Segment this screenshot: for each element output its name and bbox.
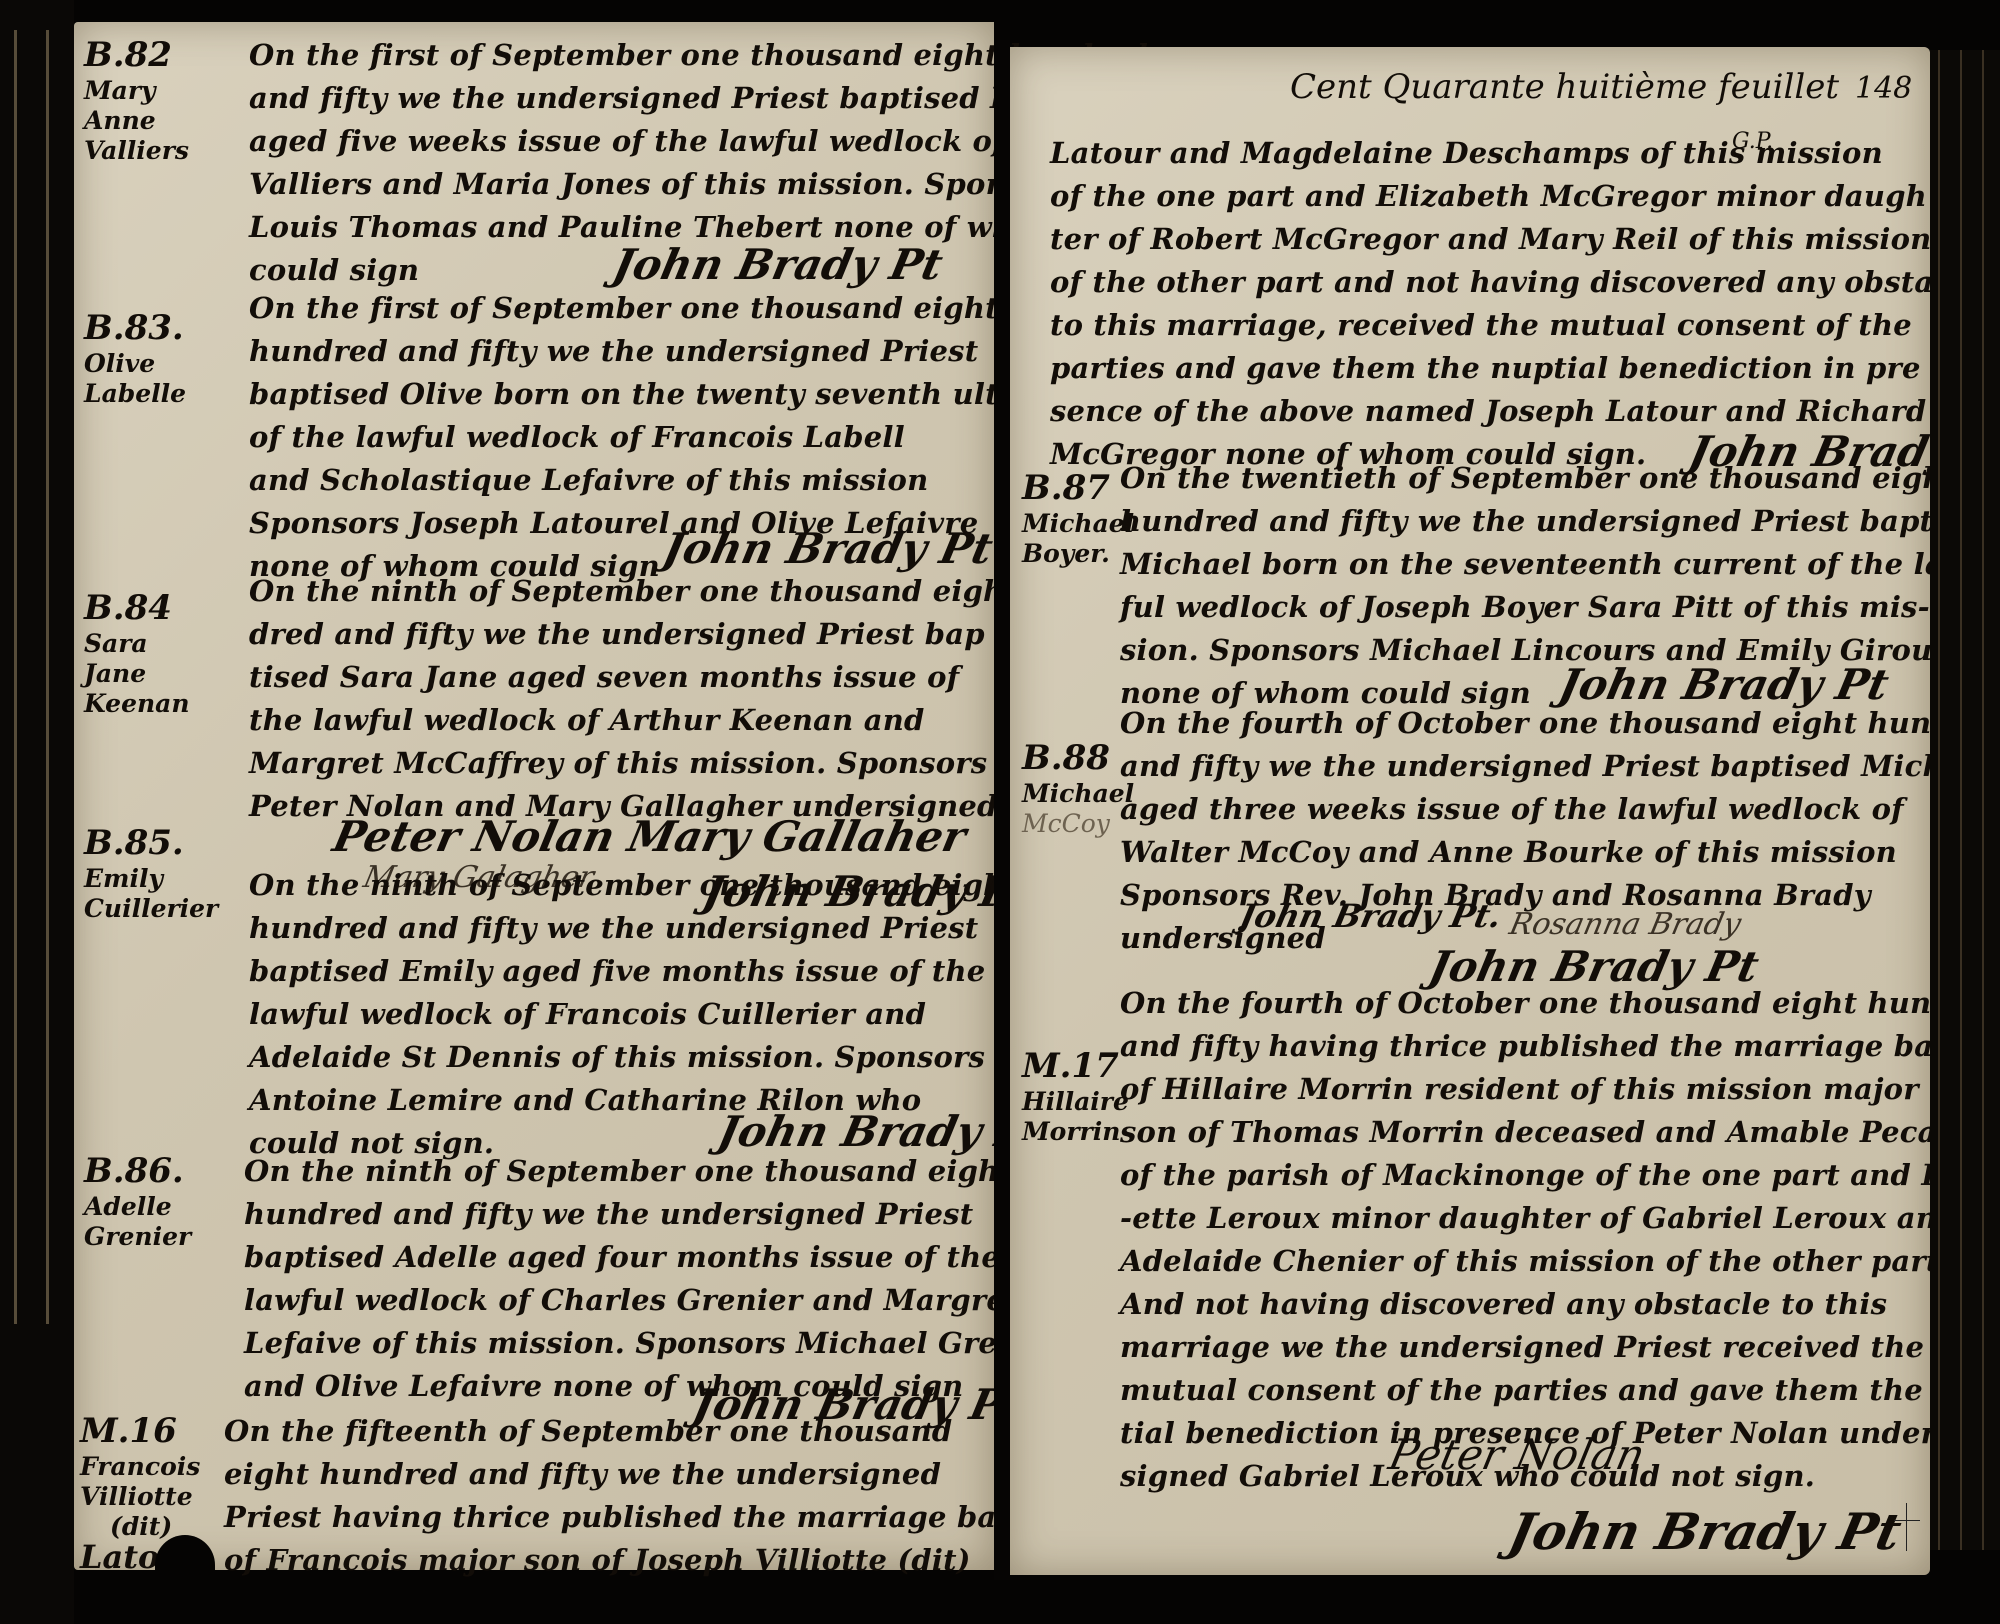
entry-line: On the first of September one thousand e… <box>249 287 999 330</box>
entry-line: tised Sara Jane aged seven months issue … <box>249 656 1092 699</box>
binding-edge-line <box>46 30 49 1324</box>
entry-line: Adelaide Chenier of this mission of the … <box>1120 1240 2000 1283</box>
folio-header: Cent Quarante huitième feuillet <box>1290 67 1839 107</box>
entry-line: hundred and fifty we the undersigned Pri… <box>249 907 1018 950</box>
right-page: Cent Quarante huitième feuillet 148 G.P.… <box>1010 47 1930 1575</box>
sponsor-signature: Rosanna Brady <box>1506 907 1744 942</box>
entry-line: Walter McCoy and Anne Bourke of this mis… <box>1120 831 2000 874</box>
entry-line: Adelaide St Dennis of this mission. Spon… <box>249 1036 1018 1079</box>
margin-entry-b82: B.82 Mary Anne Valliers <box>84 34 209 166</box>
entry-line: Latour and Magdelaine Deschamps of this … <box>1050 132 1981 175</box>
entry-line: On the fourth of October one thousand ei… <box>1120 702 2000 745</box>
left-page: B.82 Mary Anne Valliers On the first of … <box>74 22 994 1570</box>
pencil-mark <box>1906 1503 1907 1551</box>
entry-line: aged three weeks issue of the lawful wed… <box>1120 788 2000 831</box>
entry-line: hundred and fifty we the undersigned Pri… <box>244 1193 1064 1236</box>
entry-name: Olive <box>84 349 209 379</box>
priest-signature: John Brady Pt <box>659 524 997 573</box>
entry-line: And not having discovered any obstacle t… <box>1120 1283 2000 1326</box>
pencil-mark <box>1894 1520 1920 1521</box>
entry-name: Emily <box>84 864 209 894</box>
entry-name: Cuillerier <box>84 894 209 924</box>
entry-line: On the ninth of September one thousand e… <box>249 570 1092 613</box>
priest-signature: John Brady Pt <box>1504 1502 1907 1561</box>
entry-name: Mary Anne <box>84 76 209 136</box>
entry-name: Sara Jane <box>84 629 209 689</box>
entry-line: of the lawful wedlock of Francois Labell <box>249 416 999 459</box>
entry-name: Villiotte <box>80 1482 205 1512</box>
entry-line: dred and fifty we the undersigned Priest… <box>249 613 1092 656</box>
book-gutter <box>994 40 1010 1580</box>
entry-line: of the one part and Elizabeth McGregor m… <box>1050 175 1981 218</box>
entry-number: B.85. <box>84 822 209 864</box>
entry-line: On the fifteenth of September one thousa… <box>224 1410 1034 1453</box>
entry-line: hundred and fifty we the undersigned Pri… <box>1120 500 2000 543</box>
entry-line: parties and gave them the nuptial benedi… <box>1050 347 1981 390</box>
book-binding <box>0 0 74 1624</box>
entry-line: of Francois major son of Joseph Villiott… <box>224 1539 1034 1582</box>
entry-number: B.82 <box>84 34 209 76</box>
entry-name: Valliers <box>84 136 209 166</box>
register-entry-m16: On the fifteenth of September one thousa… <box>224 1410 1034 1582</box>
sponsor-signatures: Peter Nolan Mary Gallaher <box>329 812 971 861</box>
priest-signature: John Brady Pt <box>609 240 947 289</box>
entry-number: M.16 <box>80 1410 205 1452</box>
entry-line: lawful wedlock of Francois Cuillerier an… <box>249 993 1018 1036</box>
entry-line: and fifty having thrice published the ma… <box>1120 1025 2000 1068</box>
register-entry-m16-continued: Latour and Magdelaine Deschamps of this … <box>1050 132 1981 476</box>
entry-name: Keenan <box>84 689 209 719</box>
entry-line: and fifty we the undersigned Priest bapt… <box>1120 745 2000 788</box>
entry-line: of Hillaire Morrin resident of this miss… <box>1120 1068 2000 1111</box>
entry-line: On the ninth of September one thousand e… <box>249 864 1018 907</box>
entry-line: lawful wedlock of Charles Grenier and Ma… <box>244 1279 1064 1322</box>
entry-line: On the twentieth of September one thousa… <box>1120 457 2000 500</box>
entry-number: B.86. <box>84 1150 209 1192</box>
margin-entry-b86: B.86. Adelle Grenier <box>84 1150 209 1252</box>
entry-line: Lefaive of this mission. Sponsors Michae… <box>244 1322 1064 1365</box>
register-entry-b86: On the ninth of September one thousand e… <box>244 1150 1064 1408</box>
entry-line: the lawful wedlock of Arthur Keenan and <box>249 699 1092 742</box>
entry-line: On the fourth of October one thousand ei… <box>1120 982 2000 1025</box>
entry-line: baptised Olive born on the twenty sevent… <box>249 373 999 416</box>
entry-name: Adelle <box>84 1192 209 1222</box>
priest-signature: John Brady Pt. <box>1236 897 1505 935</box>
entry-number: B.84 <box>84 587 209 629</box>
entry-line: baptised Emily aged five months issue of… <box>249 950 1018 993</box>
entry-line: baptised Adelle aged four months issue o… <box>244 1236 1064 1279</box>
entry-line: On the ninth of September one thousand e… <box>244 1150 1064 1193</box>
margin-entry-b83: B.83. Olive Labelle <box>84 307 209 409</box>
register-entry-b84: On the ninth of September one thousand e… <box>249 570 1092 828</box>
binding-edge-line <box>14 30 17 1324</box>
entry-line: mutual consent of the parties and gave t… <box>1120 1369 2000 1412</box>
entry-line: ful wedlock of Joseph Boyer Sara Pitt of… <box>1120 586 2000 629</box>
book-page-edges <box>1930 50 2000 1550</box>
entry-number: B.83. <box>84 307 209 349</box>
entry-line: marriage we the undersigned Priest recei… <box>1120 1326 2000 1369</box>
entry-line: Michael born on the seventeenth current … <box>1120 543 2000 586</box>
entry-line: ter of Robert McGregor and Mary Reil of … <box>1050 218 1981 261</box>
witness-signature: Peter Nolan <box>1385 1430 1649 1479</box>
entry-name: Labelle <box>84 379 209 409</box>
entry-line: son of Thomas Morrin deceased and Amable… <box>1120 1111 2000 1154</box>
entry-line: and Scholastique Lefaivre of this missio… <box>249 459 999 502</box>
entry-line: of the other part and not having discove… <box>1050 261 1981 304</box>
entry-line: hundred and fifty we the undersigned Pri… <box>249 330 999 373</box>
margin-entry-b85: B.85. Emily Cuillerier <box>84 822 209 924</box>
entry-line: eight hundred and fifty we the undersign… <box>224 1453 1034 1496</box>
margin-entry-b84: B.84 Sara Jane Keenan <box>84 587 209 719</box>
entry-name: Francois <box>80 1452 205 1482</box>
entry-line: -ette Leroux minor daughter of Gabriel L… <box>1120 1197 2000 1240</box>
entry-line: Priest having thrice published the marri… <box>224 1496 1034 1539</box>
entry-name: Grenier <box>84 1222 209 1252</box>
entry-line: of the parish of Mackinonge of the one p… <box>1120 1154 2000 1197</box>
entry-line: to this marriage, received the mutual co… <box>1050 304 1981 347</box>
page-number: 148 <box>1855 71 1912 106</box>
register-entry-m17: On the fourth of October one thousand ei… <box>1120 982 2000 1498</box>
entry-line: Margret McCaffrey of this mission. Spons… <box>249 742 1092 785</box>
